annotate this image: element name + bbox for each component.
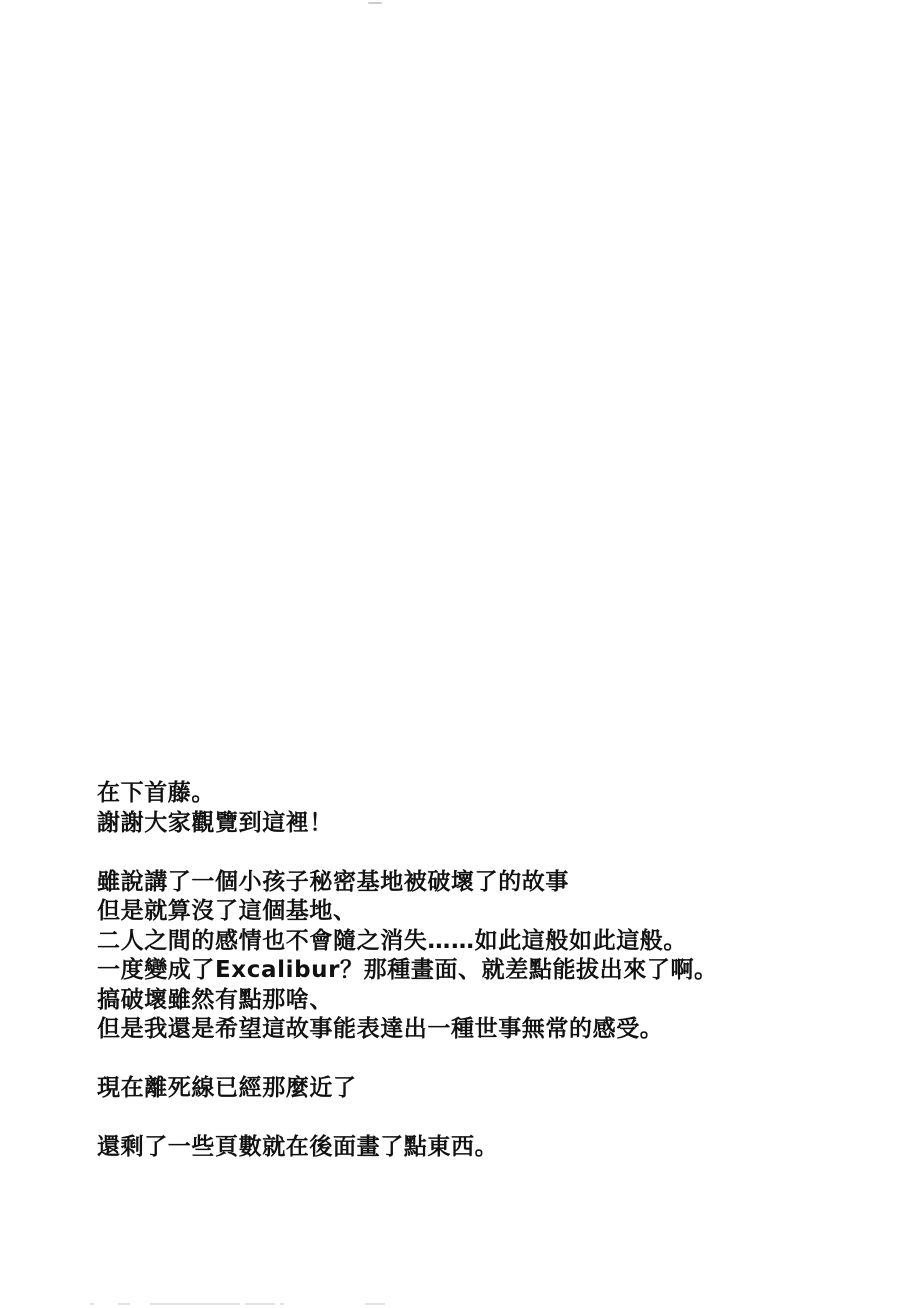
paragraph-closing: 還剩了一些頁數就在後面畫了點東西。	[97, 1133, 857, 1163]
paragraph-spacer	[97, 1104, 857, 1134]
paragraph-spacer	[97, 838, 857, 868]
text-line: 二人之間的感情也不會隨之消失……如此這般如此這般。	[97, 927, 857, 957]
scanned-page: 在下首藤。 謝謝大家觀覽到這裡！ 雖說講了一個小孩子秘密基地被破壞了的故事 但是…	[0, 0, 900, 1308]
text-line: 一度變成了Excalibur？那種畫面、就差點能拔出來了啊。	[97, 956, 857, 986]
paragraph-story: 雖說講了一個小孩子秘密基地被破壞了的故事 但是就算沒了這個基地、 二人之間的感情…	[97, 868, 857, 1045]
text-line: 但是就算沒了這個基地、	[97, 897, 857, 927]
afterword-text: 在下首藤。 謝謝大家觀覽到這裡！ 雖說講了一個小孩子秘密基地被破壞了的故事 但是…	[97, 779, 857, 1163]
paragraph-greeting: 在下首藤。 謝謝大家觀覽到這裡！	[97, 779, 857, 838]
text-line: 搞破壞雖然有點那啥、	[97, 986, 857, 1016]
text-line: 雖說講了一個小孩子秘密基地被破壞了的故事	[97, 868, 857, 898]
text-line: 但是我還是希望這故事能表達出一種世事無常的感受。	[97, 1015, 857, 1045]
scan-artifact	[90, 1303, 390, 1307]
scan-artifact	[368, 2, 382, 4]
text-line: 現在離死線已經那麼近了	[97, 1074, 857, 1104]
paragraph-spacer	[97, 1045, 857, 1075]
paragraph-deadline: 現在離死線已經那麼近了	[97, 1074, 857, 1104]
text-line: 還剩了一些頁數就在後面畫了點東西。	[97, 1133, 857, 1163]
text-line: 在下首藤。	[97, 779, 857, 809]
text-line: 謝謝大家觀覽到這裡！	[97, 809, 857, 839]
